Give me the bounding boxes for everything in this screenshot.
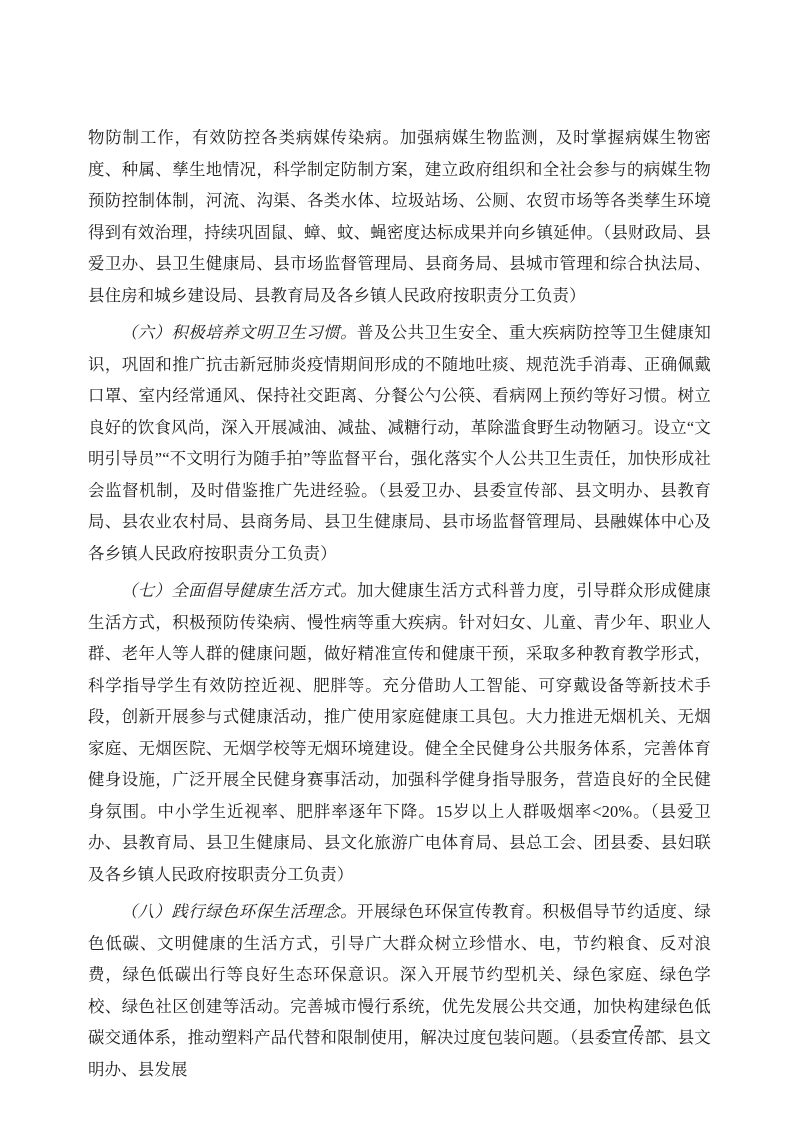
paragraph-text: 物防制工作，有效防控各类病媒传染病。加强病媒生物监测，及时掌握病媒生物密度、种属… (88, 128, 711, 305)
page-number: — 7 — (598, 1022, 678, 1042)
document-body: 物防制工作，有效防控各类病媒传染病。加强病媒生物监测，及时掌握病媒生物密度、种属… (88, 122, 711, 1085)
paragraph-section-8: （八）践行绿色环保生活理念。开展绿色环保宣传教育。积极倡导节约适度、绿色低碳、文… (88, 896, 711, 1085)
paragraph-section-7: （七）全面倡导健康生活方式。加大健康生活方式科普力度，引导群众形成健康生活方式，… (88, 575, 711, 890)
section-heading: （六）积极培养文明卫生习惯。 (121, 323, 357, 342)
paragraph-text: 加大健康生活方式科普力度，引导群众形成健康生活方式，积极预防传染病、慢性病等重大… (88, 581, 711, 884)
page-number-text: — 7 — (612, 1023, 665, 1040)
paragraph-section-6: （六）积极培养文明卫生习惯。普及公共卫生安全、重大疾病防控等卫生健康知识，巩固和… (88, 317, 711, 569)
paragraph-text: 开展绿色环保宣传教育。积极倡导节约适度、绿色低碳、文明健康的生活方式，引导广大群… (88, 902, 711, 1079)
section-heading: （七）全面倡导健康生活方式。 (121, 581, 357, 600)
document-page: 物防制工作，有效防控各类病媒传染病。加强病媒生物监测，及时掌握病媒生物密度、种属… (0, 0, 793, 1122)
paragraph-text: 普及公共卫生安全、重大疾病防控等卫生健康知识，巩固和推广抗击新冠肺炎疫情期间形成… (88, 323, 711, 563)
paragraph-continuation: 物防制工作，有效防控各类病媒传染病。加强病媒生物监测，及时掌握病媒生物密度、种属… (88, 122, 711, 311)
section-heading: （八）践行绿色环保生活理念。 (121, 902, 357, 921)
